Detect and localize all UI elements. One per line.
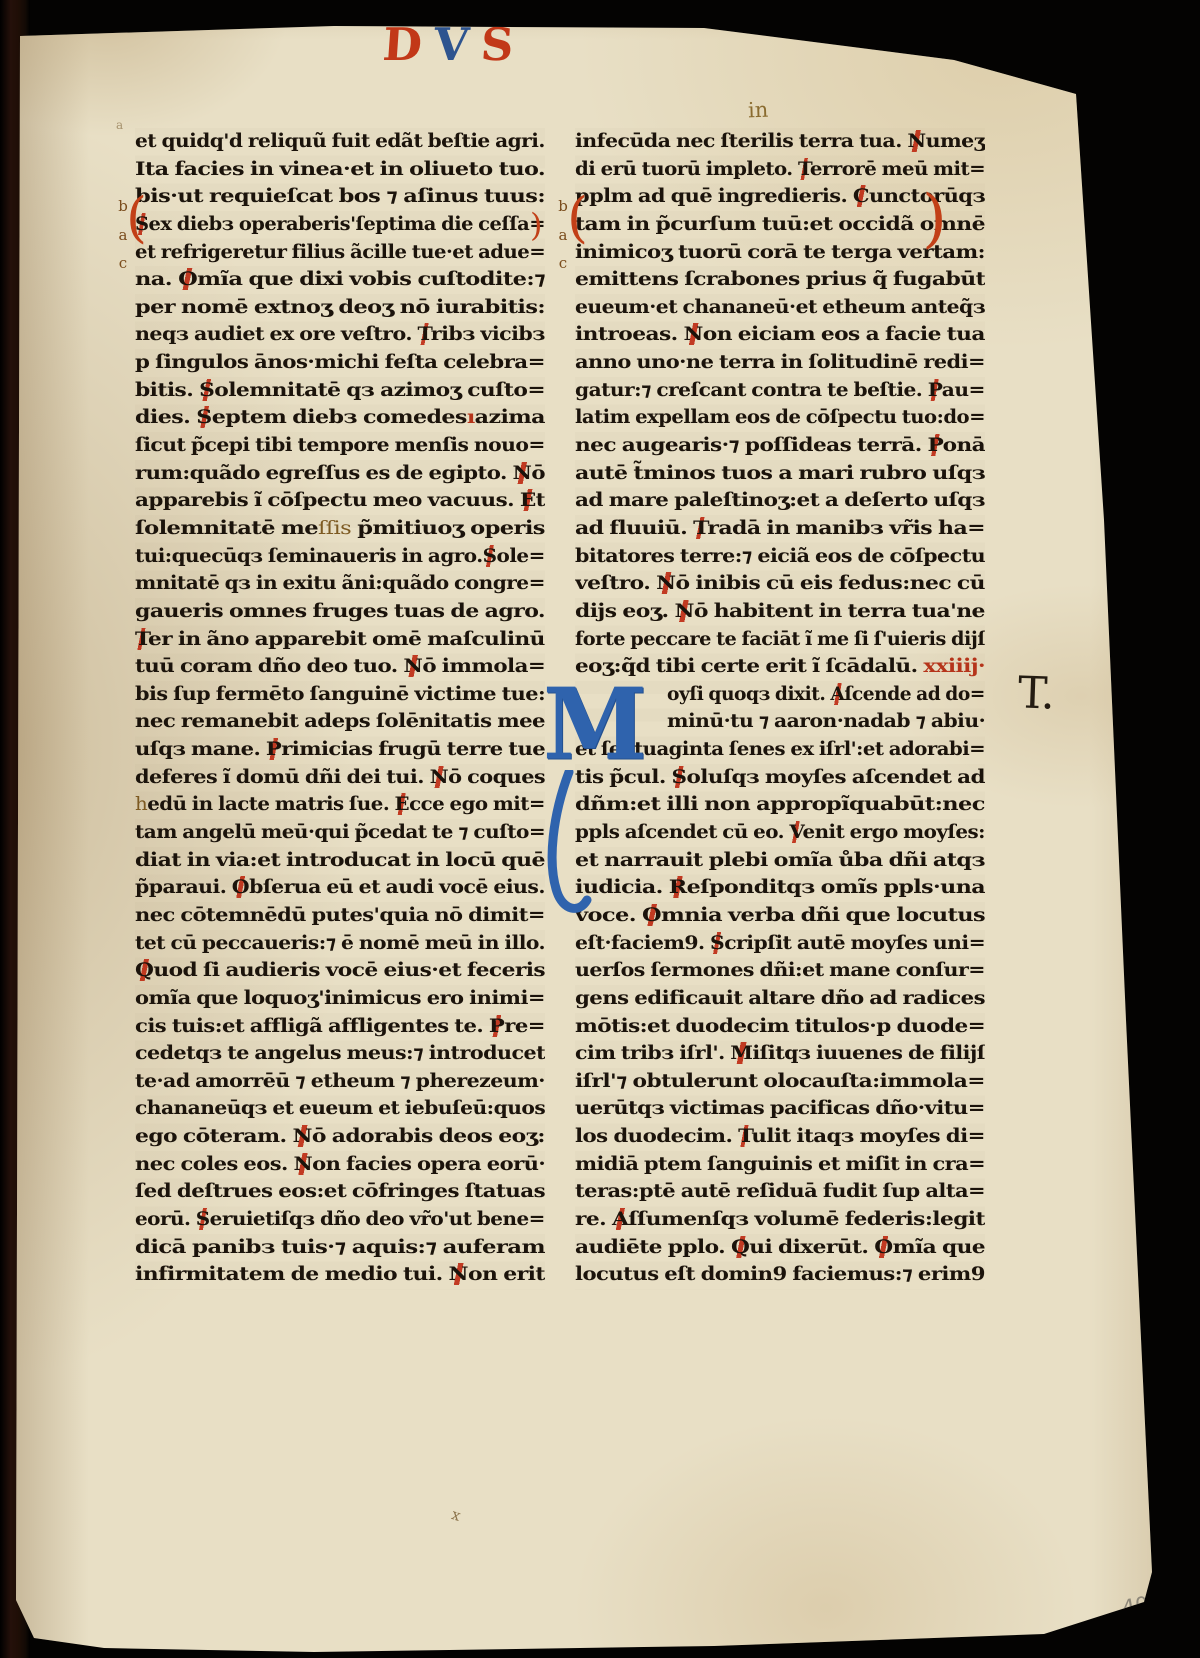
text-line: et quidq'd reliquũ fuit edãt beſtie agri… — [135, 128, 545, 156]
text-line: ſicut p̃cepi tibi tempore menſis nouo= — [135, 432, 545, 460]
margin-order-letter: c — [116, 249, 130, 278]
text-line: tam angelū meū·qui p̃cedat te ⁊ cuſto= — [135, 819, 545, 847]
text-line: tet cū peccaueris:⁊ ē nomē meū in illo. — [135, 930, 545, 958]
red-bracket-open-right: ( — [567, 186, 588, 249]
text-line: forte peccare te faciāt ĩ me ſi ſ'uieris… — [575, 626, 985, 654]
running-title-letter: V — [432, 22, 470, 67]
text-line: gens edificauit altare dño ad radices — [575, 985, 985, 1013]
text-line: iſrl'⁊ obtulerunt olocauſta:immola= — [575, 1068, 985, 1096]
text-line: emittens ſcrabones prius q̃ fugabūt — [575, 266, 985, 294]
text-line: nec coles eos. Non facies opera eorū· — [135, 1151, 545, 1179]
text-line: di erū tuorū impleto. Terrorē meū mit= — [575, 156, 985, 184]
text-line: nec cōtemnēdū putes'quia nō dimit= — [135, 902, 545, 930]
text-line: mnitatē qз in exitu ãni:quãdo congre= — [135, 570, 545, 598]
text-line: diat in via:et introducat in locū quē — [135, 847, 545, 875]
text-line: Quod ſi audieris vocē eius·et feceris — [135, 957, 545, 985]
text-line: autē t̃minos tuos a mari rubro uſqз — [575, 460, 985, 488]
text-line: ego cōteram. Nō adorabis deos eoʒ: — [135, 1123, 545, 1151]
text-line: teras:ptē autē reſiduā fudit ſup alta= — [575, 1178, 985, 1206]
initial-flourish-tail — [545, 770, 609, 920]
text-line: te·ad amorrēū ⁊ etheum ⁊ pherezeum· — [135, 1068, 545, 1096]
text-line: bitis. Solemnitatē qз azimoʒ cuſto= — [135, 377, 545, 405]
text-line: p ſingulos ānos·michi feſta celebra= — [135, 349, 545, 377]
text-line: apparebis ĩ cōſpectu meo vacuus. Et — [135, 487, 545, 515]
text-line: locutus eſt domin9 faciemus:⁊ erim9 — [575, 1261, 985, 1289]
initial-letter: M — [543, 676, 675, 775]
text-line: eſt·faciem9. Scripſit autē moyſes uni= — [575, 930, 985, 958]
interlinear-correction: in — [748, 98, 769, 123]
running-title-letter: S — [479, 22, 515, 67]
text-line: deferes ĩ domū dñi dei tui. Nō coques — [135, 764, 545, 792]
text-line: eueum·et chananeū·et etheum anteq̃з — [575, 294, 985, 322]
rubricator-guide-letter: T. — [1017, 667, 1056, 719]
text-line: tuū coram dño deo tuo. Nō immola= — [135, 653, 545, 681]
text-line: uſqз mane. Primicias frugū terre tue — [135, 736, 545, 764]
text-line: et refrigeretur filius ãcille tue·et adu… — [135, 239, 545, 267]
text-line: mōtis:et duodecim titulos·p duode= — [575, 1013, 985, 1041]
text-line: infecūda nec ſterilis terra tua. Numeʒ — [575, 128, 985, 156]
text-line: veſtro. Nō inibis cū eis fedus:nec cū — [575, 570, 985, 598]
text-line: ad fluuiū. Tradā in manibз vr̃is ha= — [575, 515, 985, 543]
parchment-page: DVS et quidq'd reliquũ fuit edãt beſtie … — [14, 0, 1174, 1658]
text-line: Ita facies in vinea·et in oliueto tuo. — [135, 156, 545, 184]
text-line: hedū in lacte matris ſue. Ecce ego mit= — [135, 791, 545, 819]
text-line: gatur:⁊ creſcant contra te beſtie. Pau= — [575, 377, 985, 405]
running-title-letter: D — [381, 22, 423, 67]
text-line: bis·ut requieſcat bos ⁊ aſinus tuus: — [135, 183, 545, 211]
scanned-page-photo: DVS et quidq'd reliquũ fuit edãt beſtie … — [0, 0, 1200, 1658]
text-line: introeas. Non eiciam eos a facie tua — [575, 321, 985, 349]
text-line: anno uno·ne terra in ſolitudinē redi= — [575, 349, 985, 377]
text-line: rum:quãdo egreſſus es de egipto. Nō — [135, 460, 545, 488]
text-line: na. Omĩa que dixi vobis cuſtodite:⁊ — [135, 266, 545, 294]
text-line: tui:quecūqз ſeminaueris in agro.Sole= — [135, 543, 545, 571]
text-line: cim tribз iſrl'. Miſitqз iuuenes de fili… — [575, 1040, 985, 1068]
illuminated-initial-m: M — [543, 678, 675, 918]
margin-order-letter: c — [556, 249, 570, 278]
bottom-margin-mark: x — [449, 1505, 463, 1525]
text-line: dies. Septem diebз comedesıazima — [135, 404, 545, 432]
text-line: ſed deſtrues eos:et cōfringes ſtatuas — [135, 1178, 545, 1206]
text-line: ad mare paleſtinoʒ:et a deſerto uſqз — [575, 487, 985, 515]
text-line: bis ſup fermēto ſanguinē victime tue: — [135, 681, 545, 709]
text-line: re. Aſſumenſqз volumē federis:legit — [575, 1206, 985, 1234]
red-bracket-close-left: ) — [530, 206, 542, 244]
text-line: chananeūqз et eueum et iebuſeū:quos — [135, 1095, 545, 1123]
text-line: per nomē extnoʒ deoʒ nō iurabitis: — [135, 294, 545, 322]
text-line: gaueris omnes fruges tuas de agro. — [135, 598, 545, 626]
text-line: eorū. Seruietiſqз dño deo vr̃o'ut bene= — [135, 1206, 545, 1234]
red-bracket-close-right: ) — [922, 182, 947, 256]
text-line: uerūtqз victimas pacificas dño·vitu= — [575, 1095, 985, 1123]
text-line: cedetqз te angelus meus:⁊ introducet — [135, 1040, 545, 1068]
text-line: infirmitatem de medio tui. Non erit — [135, 1261, 545, 1289]
text-line: los duodecim. Tulit itaqз moyſes di= — [575, 1123, 985, 1151]
text-line: nec remanebit adeps ſolēnitatis mee — [135, 708, 545, 736]
text-line: Ter in ãno apparebit omē maſculinū — [135, 626, 545, 654]
text-line: neqз audiet ex ore veſtro. Tribз vicibз — [135, 321, 545, 349]
text-line: midiā ptem ſanguinis et miſit in cra= — [575, 1151, 985, 1179]
text-line: nec augearis·⁊ poſſideas terrā. Ponā — [575, 432, 985, 460]
text-line: latim expellam eos de cōſpectu tuo:do= — [575, 404, 985, 432]
text-line: omĩa que loquoʒ'inimicus ero inimi= — [135, 985, 545, 1013]
red-bracket-open-left: ( — [126, 186, 147, 249]
text-line: ſolemnitatē meſſis p̃mitiuoʒ operis — [135, 515, 545, 543]
text-line: Sex diebз operaberis'ſeptima die ceſſa= — [135, 211, 545, 239]
text-line: cis tuis:et affligã affligentes te. Pre= — [135, 1013, 545, 1041]
top-margin-mark: a — [116, 118, 123, 132]
text-line: dijs eoʒ. Nō habitent in terra tua'ne — [575, 598, 985, 626]
text-line: uerſos ſermones dñi:et mane conſur= — [575, 957, 985, 985]
running-title: DVS — [383, 22, 513, 67]
text-line: p̃paraui. Obſerua eū et audi vocē eius. — [135, 874, 545, 902]
text-line: dicā panibз tuis·⁊ aquis:⁊ auferam — [135, 1234, 545, 1262]
pencil-folio-number: 40 — [1120, 1592, 1150, 1620]
text-line: audiēte pplo. Qui dixerūt. Omĩa que — [575, 1234, 985, 1262]
text-column-left: et quidq'd reliquũ fuit edãt beſtie agri… — [135, 128, 545, 1289]
text-line: bitatores terre:⁊ eiciã eos de cōſpectu — [575, 543, 985, 571]
